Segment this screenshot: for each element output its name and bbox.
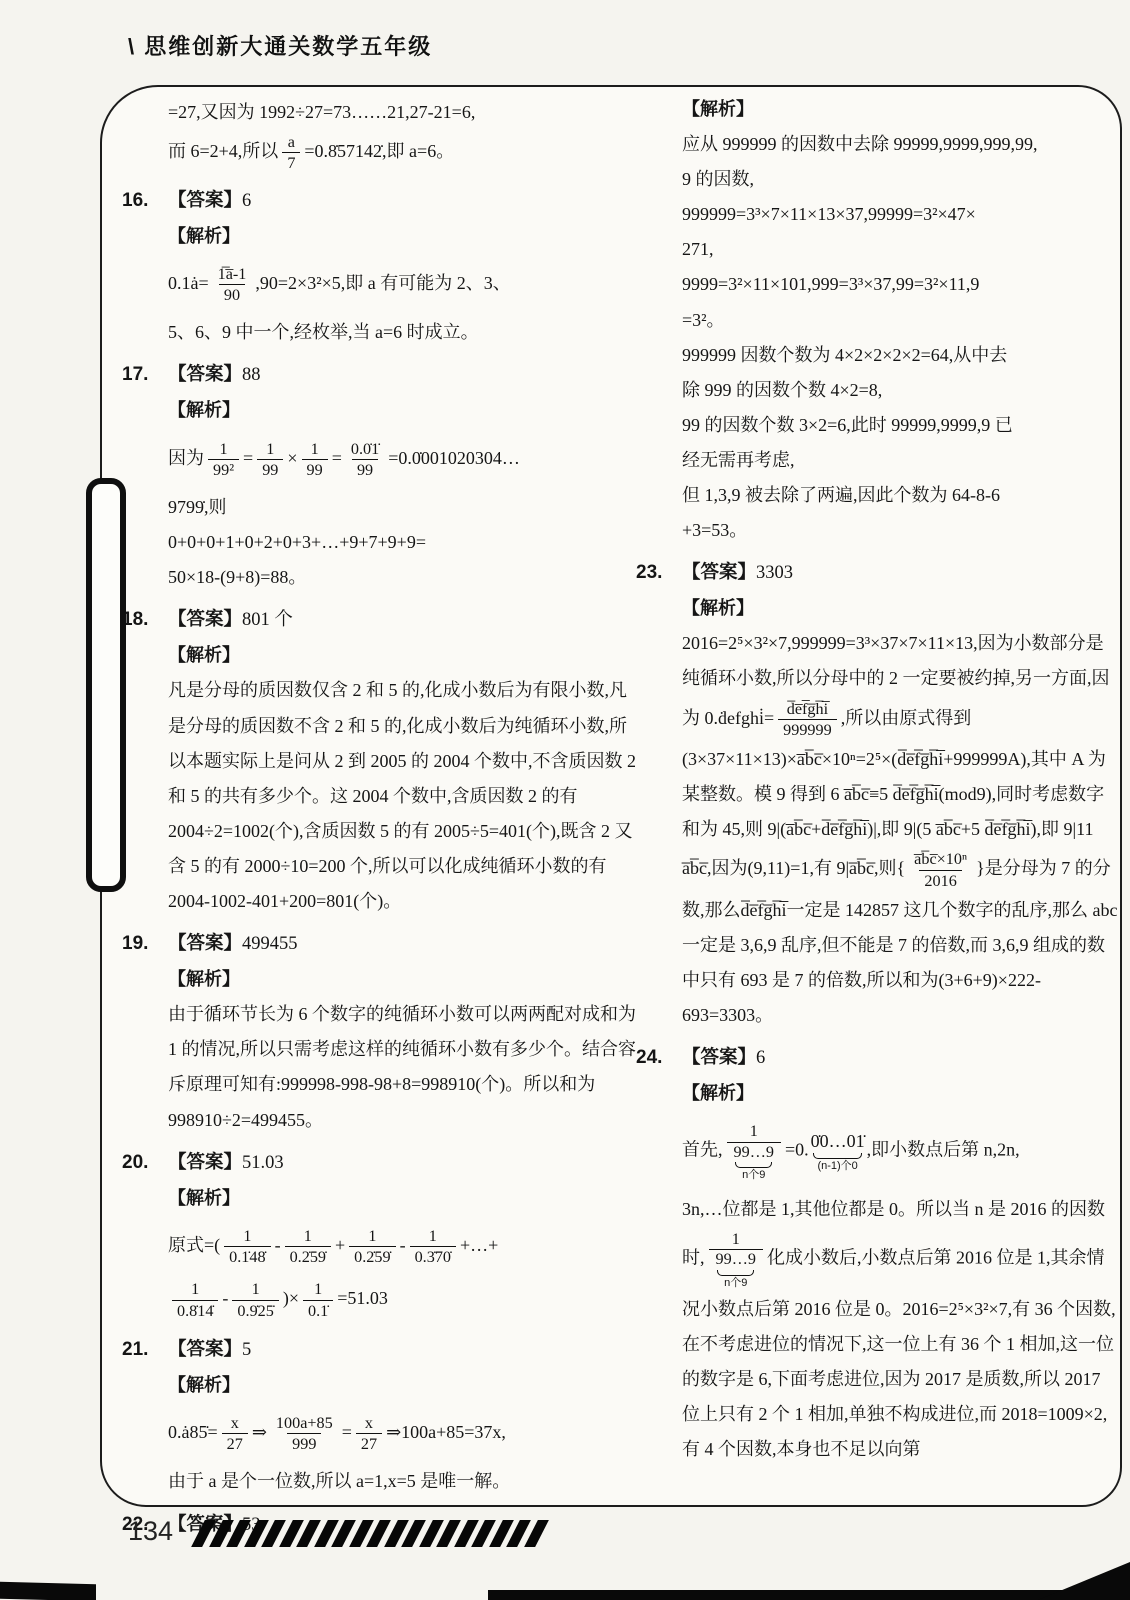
section-label: 【答案】 <box>682 1046 756 1067</box>
solution-line: 【解析】 <box>168 1181 640 1216</box>
footer-page-number: 134 <box>128 1516 173 1547</box>
fraction: 1̅a̅-190 <box>213 264 252 306</box>
item-number: 23. <box>636 554 662 591</box>
fraction: 0.0̇1̇99 <box>346 439 384 481</box>
solution-line: 因为199²=199×199=0.0̇1̇99=0.0̇001020304… <box>168 437 640 483</box>
fraction: x27 <box>222 1413 248 1455</box>
scan-artifact-bottom-middle <box>488 1590 1070 1600</box>
right-column: 【解析】应从 999999 的因数中去除 99999,9999,999,99,9… <box>682 92 1118 1467</box>
item-number: 16. <box>122 182 148 219</box>
solution-line: 3n,…位都是 1,其他位都是 0。所以当 n 是 2016 的因数时,199…… <box>682 1192 1118 1467</box>
fraction: 199 <box>257 439 283 481</box>
solution-line: 除 999 的因数个数 4×2=8, <box>682 373 1118 408</box>
solution-line: 0.1ȧ=1̅a̅-190,90=2×3²×5,即 a 有可能为 2、3、 <box>168 262 640 308</box>
section-label: 【解析】 <box>682 99 754 119</box>
answer-item: 19.【答案】499455 <box>168 925 640 962</box>
solution-line: 2016=2⁵×3²×7,999999=3³×37×7×11×13,因为小数部分… <box>682 626 1118 1033</box>
solution-line: 【解析】 <box>682 1076 1118 1111</box>
fraction: 199…9n个9 <box>727 1121 781 1182</box>
fraction: 10.2̇59̇ <box>349 1226 395 1268</box>
solution-line: 由于 a 是个一位数,所以 a=1,x=5 是唯一解。 <box>168 1464 640 1499</box>
item-number: 17. <box>122 356 148 393</box>
underbrace-icon <box>735 1162 772 1168</box>
solution-line: 而 6=2+4,所以a7=0.8̇57142̇,即 a=6。 <box>168 130 640 176</box>
left-column: =27,又因为 1992÷27=73……21,27-21=6,而 6=2+4,所… <box>168 95 640 1543</box>
solution-line: 原式=(10.1̇48̇-10.2̇59̇+10.2̇59̇-10.3̇70̇+… <box>168 1224 640 1270</box>
fraction: a7 <box>282 132 300 174</box>
underbrace-group: 99…9n个9 <box>734 1143 774 1182</box>
fraction: a̅b̅c̅×10ⁿ2016 <box>909 849 972 891</box>
answer-item: 24.【答案】6 <box>682 1039 1118 1076</box>
solution-line: =27,又因为 1992÷27=73……21,27-21=6, <box>168 95 640 130</box>
fraction: 100a+85999 <box>271 1413 338 1455</box>
item-number: 19. <box>122 925 148 962</box>
fraction: 10.1̇48̇ <box>224 1226 270 1268</box>
solution-line: 0.ȧ85̇=x27⇒100a+85999=x27⇒100a+85=37x, <box>168 1411 640 1457</box>
answer-item: 16.【答案】6 <box>168 182 640 219</box>
section-label: 【解析】 <box>682 598 754 618</box>
solution-line: 凡是分母的质因数仅含 2 和 5 的,化成小数后为有限小数,凡是分母的质因数不含… <box>168 673 640 919</box>
section-label: 【解析】 <box>168 1188 240 1208</box>
fraction: 10.2̇59̇ <box>285 1226 331 1268</box>
solution-line: 由于循环节长为 6 个数字的纯循环小数可以两两配对成和为 1 的情况,所以只需考… <box>168 997 640 1137</box>
underbrace-icon <box>717 1270 754 1276</box>
solution-line: 10.8̇14̇-10.9̇25̇)×10.1̇=51.03 <box>168 1277 640 1323</box>
fraction: x27 <box>356 1413 382 1455</box>
footer-bars <box>198 1520 548 1547</box>
section-label: 【解析】 <box>682 1083 754 1103</box>
solution-line: 9 的因数, <box>682 162 1118 197</box>
scan-artifact-bottom-right <box>1038 1562 1130 1600</box>
solution-line: 【解析】 <box>682 591 1118 626</box>
solution-line: 999999=3³×7×11×13×37,99999=3²×47× <box>682 197 1118 232</box>
section-label: 【解析】 <box>168 1375 240 1395</box>
section-label: 【解析】 <box>168 645 240 665</box>
side-tab <box>86 478 126 892</box>
fraction: 10.3̇70̇ <box>410 1226 456 1268</box>
solution-line: 999999 因数个数为 4×2×2×2×2=64,从中去 <box>682 338 1118 373</box>
fraction: 199 <box>302 439 328 481</box>
fraction: 199…9n个9 <box>709 1229 763 1290</box>
solution-line: 【解析】 <box>168 393 640 428</box>
underbrace-icon <box>813 1153 861 1159</box>
page-header-title: \ 思维创新大通关数学五年级 <box>128 30 432 61</box>
solution-line: 【解析】 <box>168 638 640 673</box>
scan-artifact-bottom-left <box>0 1582 96 1600</box>
solution-line: 【解析】 <box>168 1368 640 1403</box>
solution-line: 经无需再考虑, <box>682 443 1118 478</box>
section-label: 【答案】 <box>168 363 242 384</box>
solution-line: =3²。 <box>682 303 1118 338</box>
solution-line: 5、6、9 中一个,经枚举,当 a=6 时成立。 <box>168 315 640 350</box>
answer-item: 21.【答案】5 <box>168 1331 640 1368</box>
answer-item: 17.【答案】88 <box>168 356 640 393</box>
fraction: 199² <box>208 439 239 481</box>
solution-line: +3=53。 <box>682 513 1118 548</box>
fraction: 10.9̇25̇ <box>232 1279 278 1321</box>
solution-line: 0+0+0+1+0+2+0+3+…+9+7+9+9= <box>168 525 640 560</box>
solution-line: 9999=3²×11×101,999=3³×37,99=3²×11,9 <box>682 267 1118 302</box>
solution-line: 首先,199…9n个9=0.0̇0…01̇(n-1)个0,即小数点后第 n,2n… <box>682 1119 1118 1184</box>
section-label: 【解析】 <box>168 226 240 246</box>
solution-line: 但 1,3,9 被去除了两遍,因此个数为 64-8-6 <box>682 478 1118 513</box>
section-label: 【答案】 <box>168 1338 242 1359</box>
answer-item: 23.【答案】3303 <box>682 554 1118 591</box>
answer-item: 18.【答案】801 个 <box>168 601 640 638</box>
solution-line: 9799̇,则 <box>168 490 640 525</box>
item-number: 20. <box>122 1144 148 1181</box>
underbrace-group: 0̇0…01̇(n-1)个0 <box>811 1131 865 1172</box>
solution-line: 99 的因数个数 3×2=6,此时 99999,9999,9 已 <box>682 408 1118 443</box>
solution-line: 50×18-(9+8)=88。 <box>168 560 640 595</box>
fraction: 10.8̇14̇ <box>172 1279 218 1321</box>
section-label: 【解析】 <box>168 400 240 420</box>
section-label: 【答案】 <box>168 608 242 629</box>
section-label: 【答案】 <box>168 189 242 210</box>
section-label: 【答案】 <box>168 1151 242 1172</box>
solution-line: 【解析】 <box>682 92 1118 127</box>
solution-line: 应从 999999 的因数中去除 99999,9999,999,99, <box>682 127 1118 162</box>
solution-line: 271, <box>682 232 1118 267</box>
solution-line: 【解析】 <box>168 219 640 254</box>
fraction: d̅e̅f̅g̅h̅i̅999999 <box>778 699 837 741</box>
section-label: 【解析】 <box>168 969 240 989</box>
section-label: 【答案】 <box>168 932 242 953</box>
answer-item: 20.【答案】51.03 <box>168 1144 640 1181</box>
underbrace-group: 99…9n个9 <box>716 1250 756 1289</box>
fraction: 10.1̇ <box>303 1279 333 1321</box>
section-label: 【答案】 <box>682 561 756 582</box>
solution-line: 【解析】 <box>168 962 640 997</box>
item-number: 24. <box>636 1039 662 1076</box>
item-number: 21. <box>122 1331 148 1368</box>
